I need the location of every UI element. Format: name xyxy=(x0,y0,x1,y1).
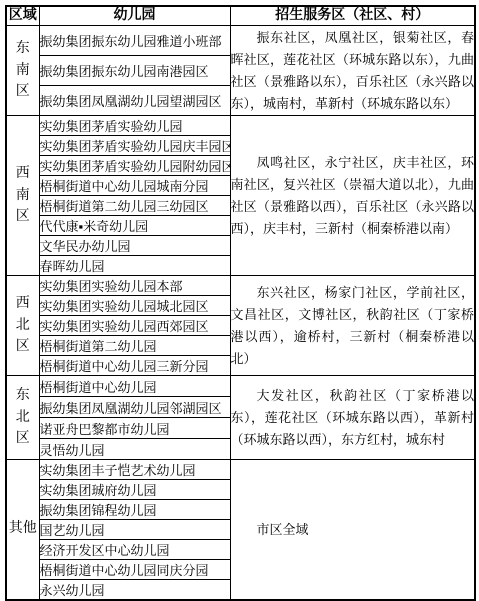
kindergarten-cell: 代代康▪米奇幼儿园 xyxy=(39,216,230,236)
region-label: 东南区 xyxy=(15,38,30,103)
kindergarten-cell: 梧桐街道中心幼儿园三新分园 xyxy=(39,356,230,376)
service-area-text: 东兴社区，杨家门社区，学前社区，文昌社区，文博社区，秋韵社区（丁家桥港以西），逾… xyxy=(231,282,475,370)
service-area-text: 大发社区，秋韵社区（丁家桥港以东），莲花社区（环城东路以西），革新村（环城东路以… xyxy=(231,385,475,451)
kindergarten-cell: 实幼集团实验幼儿园本部 xyxy=(39,276,230,296)
kindergarten-cell: 振幼集团锦程幼儿园 xyxy=(39,500,230,520)
kindergarten-cell: 振幼集团振东幼儿园南港园区 xyxy=(39,56,230,86)
kindergarten-cell: 实幼集团茅盾实验幼儿园庆丰园区 xyxy=(39,136,230,156)
service-area-cell: 振东社区，凤凰社区，银菊社区，春晖社区，莲花社区（环城东路以东），九曲社区（景雅… xyxy=(230,26,475,116)
region-cell: 其他 xyxy=(6,460,39,601)
service-area-text: 凤鸣社区，永宁社区，庆丰社区，环南社区，复兴社区（崇福大道以北），九曲社区（景雅… xyxy=(231,152,475,240)
kindergarten-cell: 实幼集团实验幼儿园城北园区 xyxy=(39,296,230,316)
kindergarten-cell: 国艺幼儿园 xyxy=(39,520,230,540)
kindergarten-cell: 梧桐街道中心幼儿园城南分园 xyxy=(39,176,230,196)
kindergarten-cell: 文华民办幼儿园 xyxy=(39,236,230,256)
header-service-area: 招生服务区（社区、村） xyxy=(230,6,475,26)
page: 区域 幼儿园 招生服务区（社区、村） 东南区 振幼集团振东幼儿园雅道小班部 振东… xyxy=(0,0,479,572)
service-area-cell: 东兴社区，杨家门社区，学前社区，文昌社区，文博社区，秋韵社区（丁家桥港以西），逾… xyxy=(230,276,475,376)
table-row: 东南区 振幼集团振东幼儿园雅道小班部 振东社区，凤凰社区，银菊社区，春晖社区，莲… xyxy=(6,26,475,56)
kindergarten-cell: 诺亚舟巴黎都市幼儿园 xyxy=(39,418,230,439)
kindergarten-cell: 梧桐街道中心幼儿园同庆分园 xyxy=(39,560,230,580)
region-cell: 西北区 xyxy=(6,276,39,376)
kindergarten-cell: 梧桐街道中心幼儿园 xyxy=(39,376,230,397)
service-area-cell: 大发社区，秋韵社区（丁家桥港以东），莲花社区（环城东路以西），革新村（环城东路以… xyxy=(230,376,475,460)
kindergarten-cell: 实幼集团丰子恺艺术幼儿园 xyxy=(39,460,230,480)
table-row: 西南区 实幼集团茅盾实验幼儿园 凤鸣社区，永宁社区，庆丰社区，环南社区，复兴社区… xyxy=(6,116,475,136)
kindergarten-cell: 春晖幼儿园 xyxy=(39,256,230,276)
kindergarten-cell: 实幼集团珹府幼儿园 xyxy=(39,480,230,500)
header-region: 区域 xyxy=(6,6,39,26)
kindergarten-cell: 振幼集团振东幼儿园雅道小班部 xyxy=(39,26,230,56)
region-cell: 东北区 xyxy=(6,376,39,460)
kindergarten-cell: 振幼集团凤凰湖幼儿园望湖园区 xyxy=(39,86,230,116)
enrollment-table: 区域 幼儿园 招生服务区（社区、村） 东南区 振幼集团振东幼儿园雅道小班部 振东… xyxy=(5,5,476,601)
kindergarten-cell: 永兴幼儿园 xyxy=(39,580,230,601)
region-label: 东北区 xyxy=(15,385,30,450)
region-label: 西北区 xyxy=(15,293,30,358)
kindergarten-cell: 梧桐街道第二幼儿园 xyxy=(39,336,230,356)
kindergarten-cell: 实幼集团茅盾实验幼儿园附幼园区 xyxy=(39,156,230,176)
kindergarten-cell: 实幼集团实验幼儿园西郊园区 xyxy=(39,316,230,336)
kindergarten-cell: 梧桐街道第二幼儿园三幼园区 xyxy=(39,196,230,216)
region-label: 其他 xyxy=(9,521,37,538)
region-cell: 西南区 xyxy=(6,116,39,276)
region-label: 西南区 xyxy=(15,163,30,228)
table-row: 东北区 梧桐街道中心幼儿园 大发社区，秋韵社区（丁家桥港以东），莲花社区（环城东… xyxy=(6,376,475,397)
kindergarten-cell: 经济开发区中心幼儿园 xyxy=(39,540,230,560)
kindergarten-cell: 振幼集团凤凰湖幼儿园邻湖园区 xyxy=(39,397,230,418)
service-area-text: 市区全域 xyxy=(231,519,475,541)
header-kindergarten: 幼儿园 xyxy=(39,6,230,26)
header-row: 区域 幼儿园 招生服务区（社区、村） xyxy=(6,6,475,26)
service-area-cell: 凤鸣社区，永宁社区，庆丰社区，环南社区，复兴社区（崇福大道以北），九曲社区（景雅… xyxy=(230,116,475,276)
table-row: 其他 实幼集团丰子恺艺术幼儿园 市区全域 xyxy=(6,460,475,480)
service-area-cell: 市区全域 xyxy=(230,460,475,601)
region-cell: 东南区 xyxy=(6,26,39,116)
kindergarten-cell: 实幼集团茅盾实验幼儿园 xyxy=(39,116,230,136)
service-area-text: 振东社区，凤凰社区，银菊社区，春晖社区，莲花社区（环城东路以东），九曲社区（景雅… xyxy=(231,27,475,115)
table-row: 西北区 实幼集团实验幼儿园本部 东兴社区，杨家门社区，学前社区，文昌社区，文博社… xyxy=(6,276,475,296)
kindergarten-cell: 灵悟幼儿园 xyxy=(39,439,230,460)
